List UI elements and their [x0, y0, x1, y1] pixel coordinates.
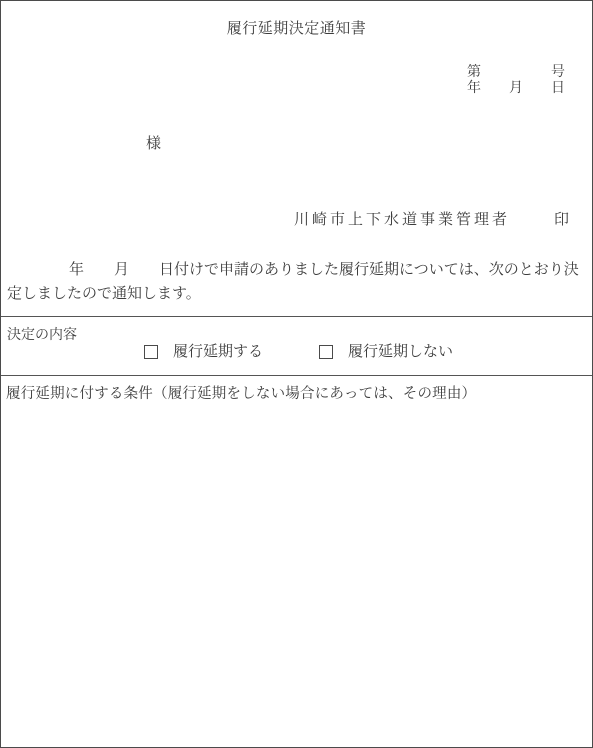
date-month-label: 月 [509, 81, 523, 97]
section-divider-top [1, 316, 592, 317]
section-divider-bottom [1, 375, 592, 376]
intro-line-2: 定しましたので通知します。 [7, 283, 588, 307]
option-grant-extension: 履行延期する [144, 344, 263, 361]
date-year-label: 年 [467, 81, 481, 97]
intro-line-1: 年 月 日付けで申請のありました履行延期については、次のとおり決 [7, 259, 588, 283]
conditions-section-heading: 履行延期に付する条件（履行延期をしない場合にあっては、その理由） [6, 386, 476, 403]
document-title: 履行延期決定通知書 [1, 21, 592, 38]
checkbox-grant-icon[interactable] [144, 345, 158, 359]
document-date-line: 年 月 日 [467, 81, 565, 97]
intro-paragraph: 年 月 日付けで申請のありました履行延期については、次のとおり決 定しましたので… [7, 259, 588, 306]
document-number-prefix: 第 [467, 65, 481, 81]
document-number-suffix: 号 [551, 65, 565, 81]
document-number-line: 第 号 [467, 65, 565, 81]
notice-document-page: 履行延期決定通知書 第 号 年 月 日 様 川崎市上下水道事業管理者 印 年 月… [0, 0, 593, 748]
option-deny-extension: 履行延期しない [319, 344, 453, 361]
decision-section-heading: 決定の内容 [7, 328, 77, 344]
option-deny-label: 履行延期しない [348, 344, 453, 361]
seal-placeholder: 印 [554, 212, 569, 229]
option-grant-label: 履行延期する [173, 344, 263, 361]
checkbox-deny-icon[interactable] [319, 345, 333, 359]
addressee-honorific: 様 [146, 136, 161, 153]
conditions-blank-area [1, 407, 592, 747]
number-and-date-block: 第 号 年 月 日 [467, 65, 565, 97]
issuer-name: 川崎市上下水道事業管理者 [294, 212, 510, 229]
date-day-label: 日 [551, 81, 565, 97]
